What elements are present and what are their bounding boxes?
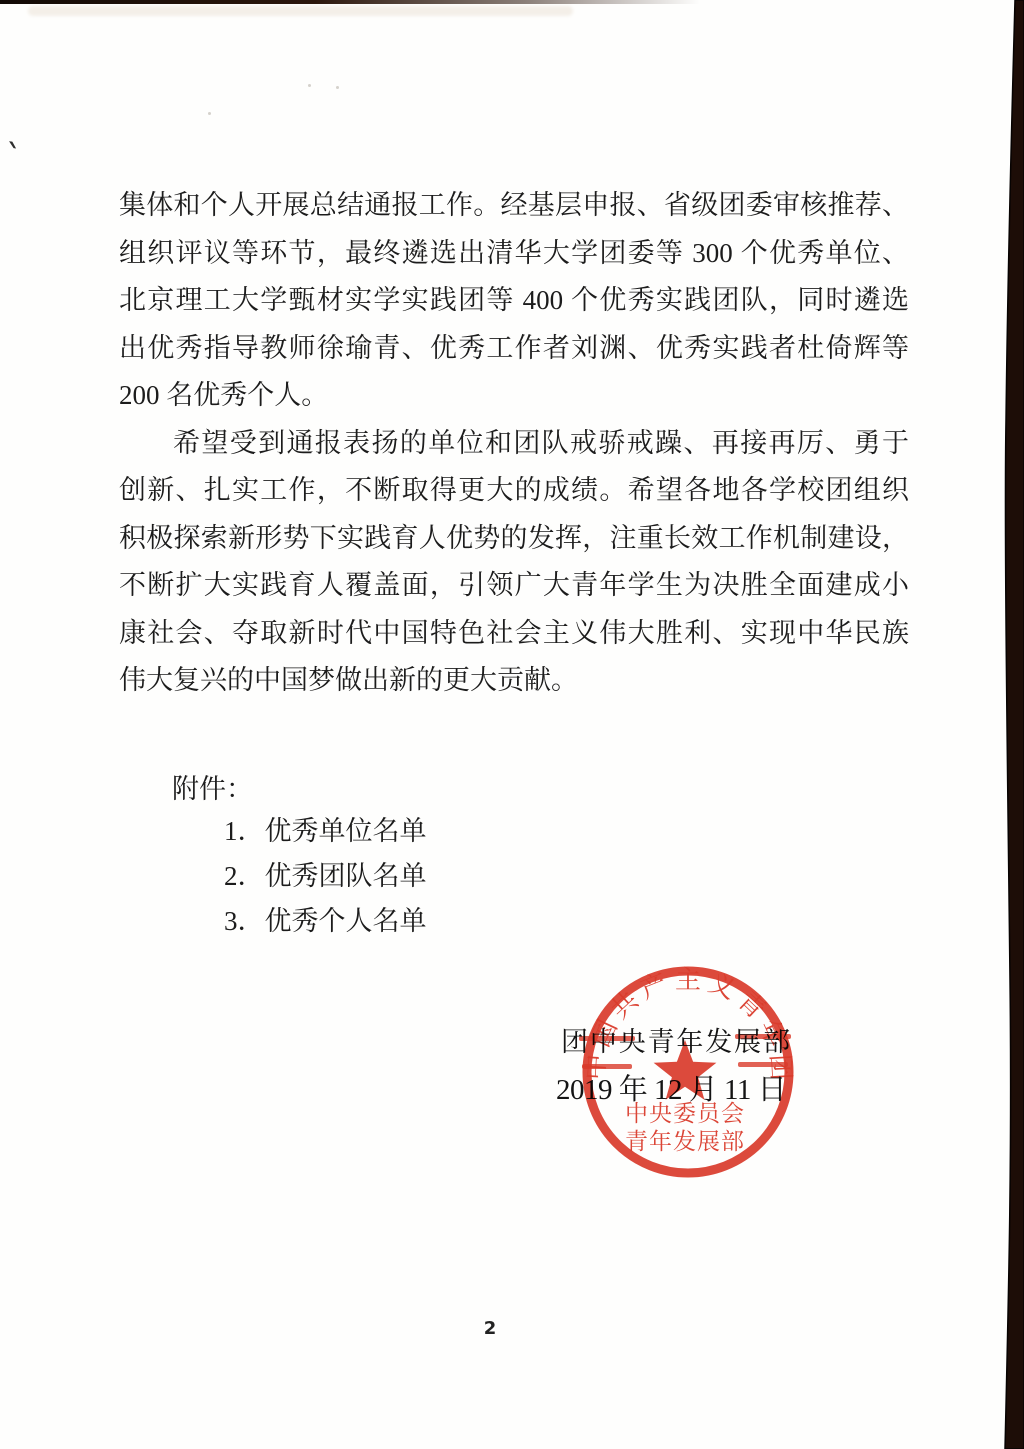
scan-top-edge [0, 0, 700, 4]
scan-right-edge [1000, 0, 1024, 1449]
scan-stray-mark: ` [1, 137, 23, 179]
body-line: 康社会、夺取新时代中国特色社会主义伟大胜利、实现中华民族 [119, 610, 909, 658]
attachment-item: 2．优秀团队名单 [224, 857, 427, 895]
body-line: 希望受到通报表扬的单位和团队戒骄戒躁、再接再厉、勇于 [119, 420, 909, 468]
body-line: 创新、扎实工作，不断取得更大的成绩。希望各地各学校团组织 [119, 467, 909, 515]
seal-left-bar [582, 1064, 632, 1069]
scan-top-smudge [28, 6, 573, 16]
body-line: 组织评议等环节，最终遴选出清华大学团委等 300 个优秀单位、 [119, 230, 909, 278]
body-line: 积极探索新形势下实践育人优势的发挥，注重长效工作机制建设， [119, 515, 909, 563]
attachments-label: 附件： [172, 770, 253, 808]
body-line: 集体和个人开展总结通报工作。经基层申报、省级团委审核推荐、 [119, 182, 909, 230]
official-seal: 中国共产主义青年团 中央委员会 青年发展部 [577, 962, 799, 1184]
scan-speck [308, 84, 311, 87]
attachment-item: 1．优秀单位名单 [224, 812, 427, 850]
body-line: 不断扩大实践育人覆盖面，引领广大青年学生为决胜全面建成小 [119, 562, 909, 610]
seal-center-line1: 中央委员会 [625, 1101, 745, 1126]
document-body: 集体和个人开展总结通报工作。经基层申报、省级团委审核推荐、 组织评议等环节，最终… [119, 182, 909, 705]
attachment-item: 3．优秀个人名单 [224, 902, 427, 940]
seal-center-line2: 青年发展部 [625, 1129, 745, 1154]
seal-right-bar [735, 1034, 791, 1039]
seal-left-bar [579, 1036, 635, 1041]
body-line: 200 名优秀个人。 [119, 372, 909, 420]
body-line: 出优秀指导教师徐瑜青、优秀工作者刘渊、优秀实践者杜倚辉等 [119, 325, 909, 373]
scanned-document-page: { "colors": { "seal_red": "#d8301f", "te… [0, 0, 1024, 1449]
body-line: 伟大复兴的中国梦做出新的更大贡献。 [119, 657, 909, 705]
scan-speck [208, 112, 211, 115]
seal-right-bar [738, 1062, 788, 1067]
body-line: 北京理工大学甄材实学实践团等 400 个优秀实践团队，同时遴选 [119, 277, 909, 325]
page-number: 2 [470, 1318, 510, 1339]
seal-star-icon [654, 1040, 717, 1100]
scan-speck [336, 86, 339, 89]
